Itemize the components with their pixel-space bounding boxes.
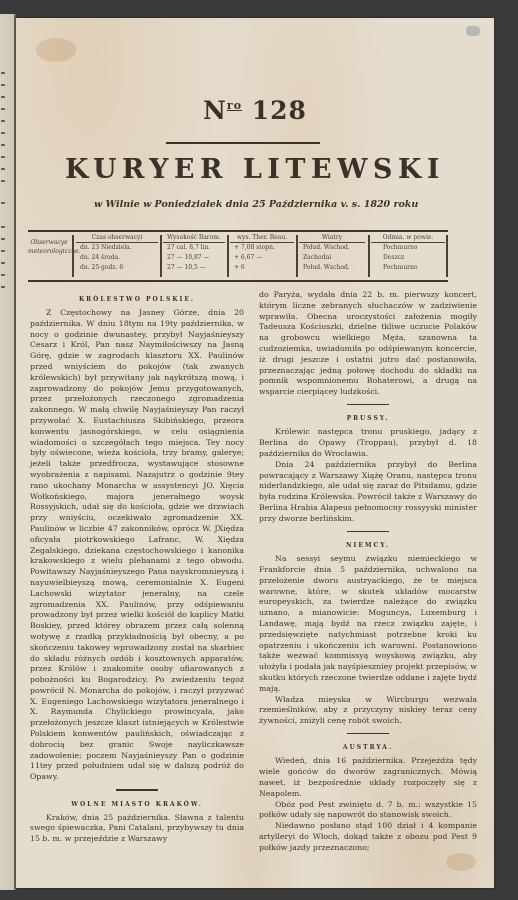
- article-paragraph: Na sessyi seymu związku niemieckiego w F…: [259, 554, 477, 694]
- weather-col-barometer: Wysokość Barom. 27 cal. 8,7 lin. 27 — 10…: [163, 232, 225, 280]
- table-divider: [368, 235, 370, 277]
- col-header: Czas obserwacyi: [76, 232, 158, 243]
- paper-stain: [36, 38, 76, 62]
- section-heading: WOLNE MIASTO KRAKÓW.: [30, 801, 244, 808]
- issue-number-value: 128: [252, 96, 307, 125]
- cell: + 6,67 —: [230, 253, 294, 263]
- text-fragment: [1, 132, 5, 134]
- section-divider: [116, 789, 158, 791]
- text-fragment: [1, 156, 5, 158]
- table-divider: [160, 235, 162, 277]
- text-fragment: [1, 108, 5, 110]
- text-fragment: [1, 238, 5, 240]
- title-rule: [166, 142, 320, 144]
- article-paragraph: do Paryża, wydała dnia 22 b. m. pierwszy…: [259, 290, 477, 398]
- cell: Pochmurno: [371, 263, 445, 273]
- section-heading: PRUSSY.: [259, 415, 477, 422]
- cell: dn. 25 godz. 6: [76, 263, 158, 273]
- text-fragment: [1, 120, 5, 122]
- weather-label: Obserwacye meteorologiczne.: [28, 232, 70, 280]
- issue-label: N: [203, 96, 227, 125]
- issue-number: Nro 128: [16, 96, 494, 125]
- article-paragraph: Z Częstochowy na Jasney Górze, dnia 20 p…: [30, 308, 244, 783]
- article-paragraph: Wiedeń, dnia 16 października. Przejeżdża…: [259, 756, 477, 799]
- article-paragraph: Kraków, dnia 25 października. Sławna z t…: [30, 813, 244, 845]
- text-fragment: [1, 84, 5, 86]
- text-fragment: [1, 274, 5, 276]
- cell: Połud. Wschod.: [299, 243, 365, 253]
- cell: + 6: [230, 263, 294, 273]
- article-paragraph: Obóz pod Pest zwinięto d. 7 b. m.: wszys…: [259, 800, 477, 822]
- weather-col-thermometer: wys. Ther. Reau. + 7,08 stopn. + 6,67 — …: [230, 232, 294, 280]
- library-stamp-mark: [466, 26, 480, 36]
- table-divider: [296, 235, 298, 277]
- cell: Deszcz: [371, 253, 445, 263]
- paper-stain: [446, 853, 476, 871]
- table-divider: [446, 235, 448, 277]
- text-fragment: [1, 202, 5, 204]
- dateline: w Wilnie w Poniedziałek dnia 25 Paździer…: [94, 199, 418, 210]
- cell: Pochmurno: [371, 243, 445, 253]
- left-column: KRÓLESTWO POLSKIE. Z Częstochowy na Jasn…: [30, 290, 244, 845]
- previous-page-edge: [0, 14, 16, 890]
- issue-sup: ro: [227, 99, 242, 112]
- article-paragraph: Władza mieyska w Wircburgu wezwała rzemi…: [259, 695, 477, 727]
- text-fragment: [1, 168, 5, 170]
- masthead: KURYER LITEWSKI: [16, 154, 494, 185]
- table-divider: [227, 235, 229, 277]
- col-header: Odmia. w powie.: [371, 232, 445, 243]
- col-header: wys. Ther. Reau.: [230, 232, 294, 243]
- table-divider: [72, 235, 74, 277]
- cell: dn. 23 Niedziela.: [76, 243, 158, 253]
- section-heading: NIEMCY.: [259, 542, 477, 549]
- cell: 27 cal. 8,7 lin.: [163, 243, 225, 253]
- text-fragment: [1, 262, 5, 264]
- text-fragment: [1, 144, 5, 146]
- text-fragment: [1, 286, 5, 288]
- section-heading: AUSTRYA.: [259, 744, 477, 751]
- cell: 27 — 10,5 —: [163, 263, 225, 273]
- weather-col-winds: Wiatry Połud. Wschod. Zachodni Połud. Ws…: [299, 232, 365, 280]
- text-fragment: [1, 250, 5, 252]
- weather-table: Obserwacye meteorologiczne. Czas obserwa…: [28, 230, 448, 282]
- section-divider: [347, 404, 389, 406]
- newspaper-page: Nro 128 KURYER LITEWSKI w Wilnie w Ponie…: [16, 18, 494, 888]
- article-paragraph: Niedawno posłano stąd 100 dział i 4 komp…: [259, 821, 477, 853]
- section-heading: KRÓLESTWO POLSKIE.: [30, 296, 244, 303]
- section-divider: [347, 733, 389, 735]
- section-divider: [347, 531, 389, 533]
- text-fragment: [1, 180, 5, 182]
- cell: + 7,08 stopn.: [230, 243, 294, 253]
- col-header: Wiatry: [299, 232, 365, 243]
- weather-col-conditions: Odmia. w powie. Pochmurno Deszcz Pochmur…: [371, 232, 445, 280]
- article-paragraph: Dnia 24 października przybył do Berlina …: [259, 460, 477, 525]
- text-fragment: [1, 96, 5, 98]
- weather-col-time: Czas obserwacyi dn. 23 Niedziela. dn. 24…: [76, 232, 158, 280]
- cell: dn. 24 środa.: [76, 253, 158, 263]
- text-fragment: [1, 226, 5, 228]
- cell: Połud. Wschod.: [299, 263, 365, 273]
- col-header: Wysokość Barom.: [163, 232, 225, 243]
- article-paragraph: Królewic następca tronu pruskiego, jadąc…: [259, 427, 477, 459]
- cell: Zachodni: [299, 253, 365, 263]
- right-column: do Paryża, wydała dnia 22 b. m. pierwszy…: [259, 290, 477, 854]
- cell: 27 — 10,87 —: [163, 253, 225, 263]
- text-fragment: [1, 72, 5, 74]
